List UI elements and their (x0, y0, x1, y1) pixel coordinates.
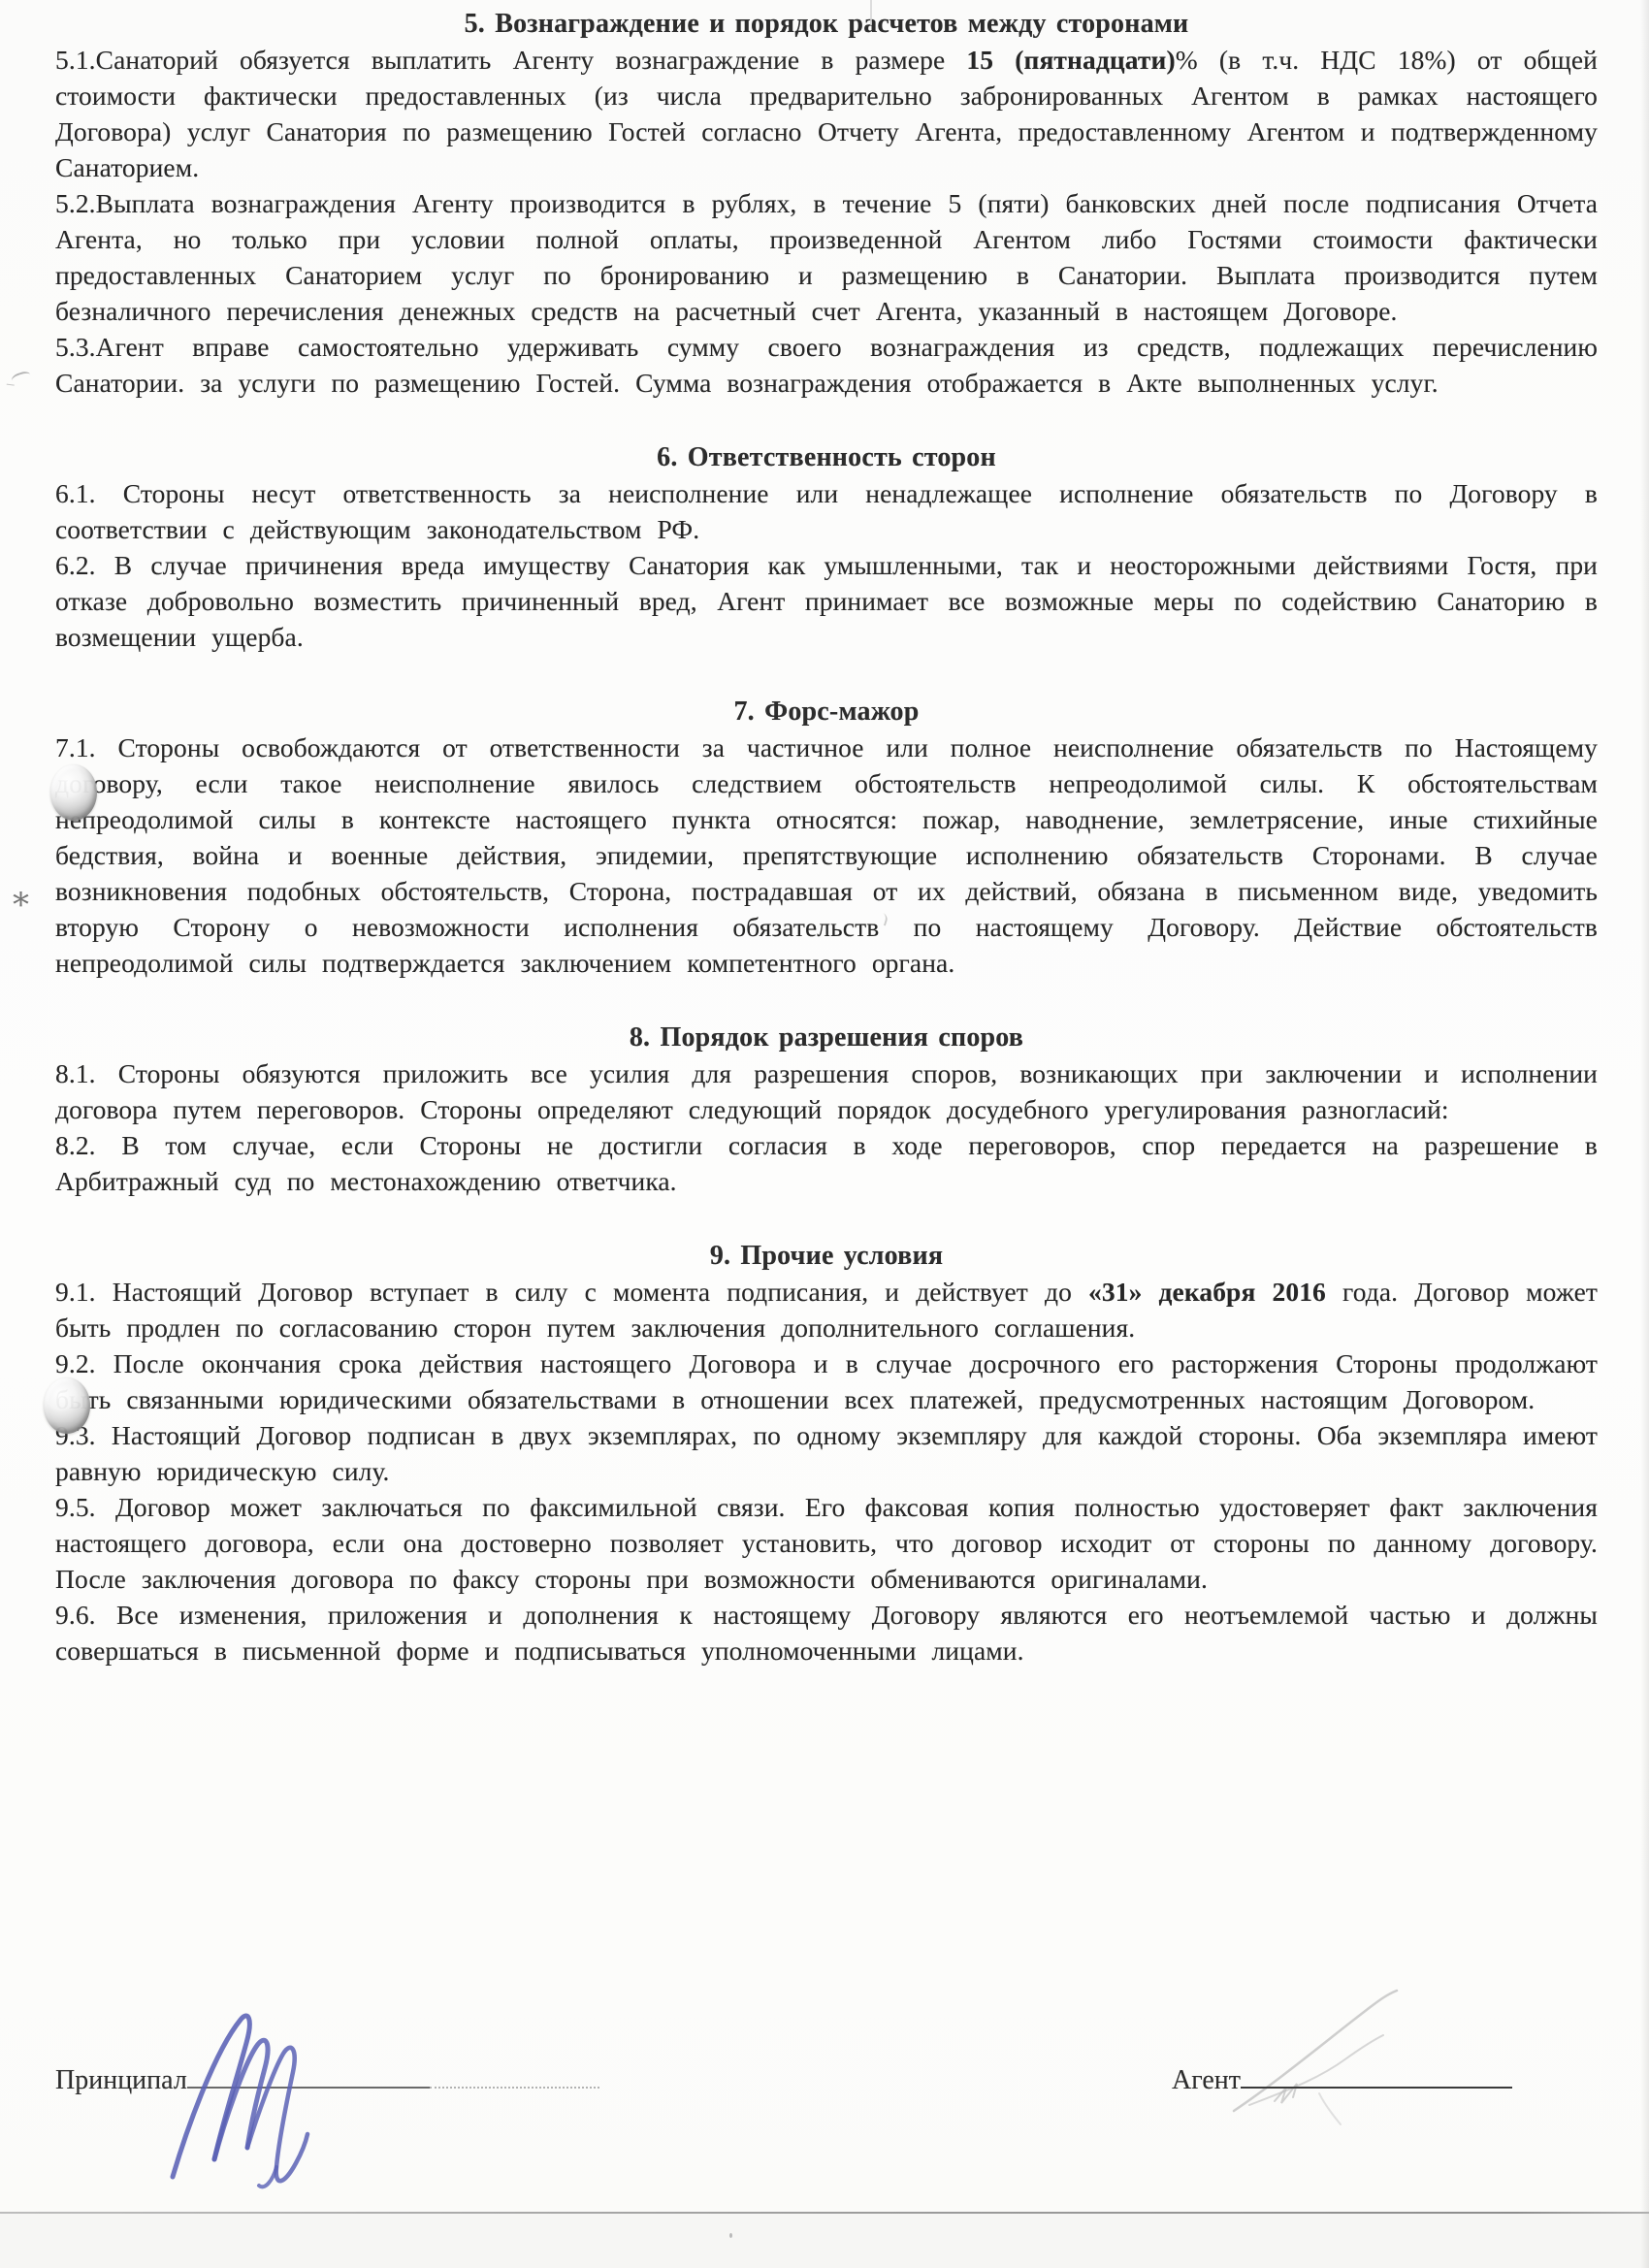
clause-5-3: 5.3.Агент вправе самостоятельно удержива… (55, 329, 1598, 401)
section-8-heading: 8. Порядок разрешения споров (55, 1020, 1598, 1055)
clause-9-5: 9.5. Договор может заключаться по факсим… (55, 1489, 1598, 1597)
clause-9-1-bold-date: «31» декабря 2016 (1088, 1277, 1326, 1307)
principal-signature-line-faint (430, 2061, 599, 2089)
clause-9-1-text: 9.1. Настоящий Договор вступает в силу с… (55, 1277, 1088, 1307)
scanned-contract-page: 5. Вознаграждение и порядок расчетов меж… (0, 0, 1649, 2268)
clause-8-2: 8.2. В том случае, если Стороны не дости… (55, 1127, 1598, 1199)
agent-signature-block: Агент (1172, 2061, 1512, 2098)
right-edge-shadow (1640, 0, 1649, 2268)
clause-6-2: 6.2. В случае причинения вреда имуществу… (55, 547, 1598, 655)
agent-signature-line (1241, 2061, 1512, 2089)
scan-speck (729, 2233, 732, 2238)
clause-5-1-text: 5.1.Санаторий обязуется выплатить Агенту… (55, 45, 966, 75)
clause-9-3: 9.3. Настоящий Договор подписан в двух э… (55, 1417, 1598, 1489)
hole-punch-mark-top (50, 764, 97, 821)
margin-asterisk-mark: * (13, 889, 29, 922)
clause-8-1: 8.1. Стороны обязуются приложить все уси… (55, 1055, 1598, 1127)
principal-ink-signature (155, 2000, 339, 2194)
contract-text-block: 5. Вознаграждение и порядок расчетов меж… (55, 6, 1598, 1669)
top-crease-artifact (870, 0, 872, 25)
section-5-heading: 5. Вознаграждение и порядок расчетов меж… (55, 6, 1598, 42)
hole-punch-mark-bottom (44, 1377, 90, 1434)
clause-7-1: 7.1. Стороны освобождаются от ответствен… (55, 729, 1598, 981)
clause-5-2: 5.2.Выплата вознаграждения Агенту произв… (55, 185, 1598, 329)
scanner-background-strip (0, 2214, 1649, 2268)
margin-pen-mark (11, 370, 33, 387)
agent-label: Агент (1172, 2062, 1241, 2098)
clause-5-1: 5.1.Санаторий обязуется выплатить Агенту… (55, 42, 1598, 185)
section-7-heading: 7. Форс-мажор (55, 694, 1598, 729)
clause-9-2: 9.2. После окончания срока действия наст… (55, 1345, 1598, 1417)
clause-5-1-bold-rate: 15 (пятнадцати) (966, 45, 1175, 75)
section-6-heading: 6. Ответственность сторон (55, 439, 1598, 475)
clause-9-1: 9.1. Настоящий Договор вступает в силу с… (55, 1274, 1598, 1345)
clause-6-1: 6.1. Стороны несут ответственность за не… (55, 475, 1598, 547)
page-bottom-edge-line (0, 2212, 1649, 2214)
clause-9-6: 9.6. Все изменения, приложения и дополне… (55, 1597, 1598, 1669)
section-9-heading: 9. Прочие условия (55, 1238, 1598, 1274)
